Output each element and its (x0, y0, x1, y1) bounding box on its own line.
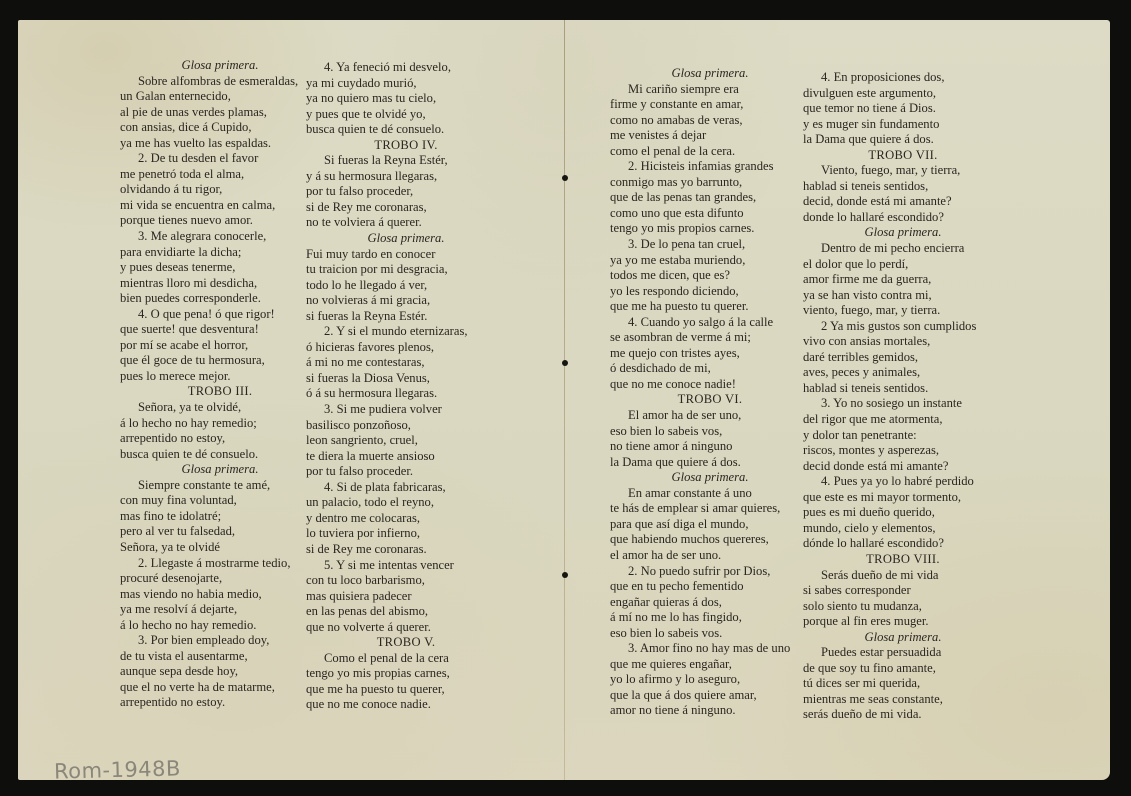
verse-line: riscos, montes y asperezas, (803, 443, 1003, 459)
verse-line: y á su hermosura llegaras, (306, 169, 506, 185)
verse-line: tú dices ser mi querida, (803, 676, 1003, 692)
trobo-heading: TROBO VI. (610, 392, 810, 408)
stitch-hole (562, 175, 568, 181)
glosa-heading: Glosa primera. (306, 231, 506, 247)
verse-line: y dentro me colocaras, (306, 511, 506, 527)
verse-line: la Dama que quiere á dos. (610, 455, 810, 471)
verse-line: mi vida se encuentra en calma, (120, 198, 320, 214)
verse-line: si fueras la Reyna Estér. (306, 309, 506, 325)
verse-line: la Dama que quiere á dos. (803, 132, 1003, 148)
verse-line: mientras lloro mi desdicha, (120, 276, 320, 292)
verse-line: Señora, ya te olvidé (120, 540, 320, 556)
verse-line: lo tuviera por infierno, (306, 526, 506, 542)
verse-line: ó á su hermosura llegaras. (306, 386, 506, 402)
verse-line: que suerte! que desventura! (120, 322, 320, 338)
verse-line: para envidiarte la dicha; (120, 245, 320, 261)
verse-line: el dolor que lo perdí, (803, 257, 1003, 273)
verse-line: á lo hecho no hay remedio; (120, 416, 320, 432)
stanza-first-line: Señora, ya te olvidé, (120, 400, 320, 416)
stitch-hole (562, 360, 568, 366)
trobo-heading: TROBO V. (306, 635, 506, 651)
verse-line: un Galan enternecido, (120, 89, 320, 105)
right-page-column-1: Glosa primera.Mi cariño siempre erafirme… (610, 66, 810, 719)
verse-line: que habiendo muchos quereres, (610, 532, 810, 548)
verse-line: ya mi cuydado murió, (306, 76, 506, 92)
verse-line: de que soy tu fino amante, (803, 661, 1003, 677)
trobo-heading: TROBO VIII. (803, 552, 1003, 568)
verse-line: ya se han visto contra mi, (803, 288, 1003, 304)
stanza-first-line: Viento, fuego, mar, y tierra, (803, 163, 1003, 179)
verse-line: ó hicieras favores plenos, (306, 340, 506, 356)
verse-line: busca quien te dé consuelo. (120, 447, 320, 463)
verse-line: aves, peces y animales, (803, 365, 1003, 381)
stanza-first-line: Mi cariño siempre era (610, 82, 810, 98)
verse-line: ya no quiero mas tu cielo, (306, 91, 506, 107)
verse-line: pues es mi dueño querido, (803, 505, 1003, 521)
verse-line: que me ha puesto tu querer, (306, 682, 506, 698)
verse-line: que el no verte ha de matarme, (120, 680, 320, 696)
verse-line: te diera la muerte ansioso (306, 449, 506, 465)
verse-line: si sabes corresponder (803, 583, 1003, 599)
verse-line: de tu vista el ausentarme, (120, 649, 320, 665)
verse-line: solo siento tu mudanza, (803, 599, 1003, 615)
verse-line: que me ha puesto tu querer. (610, 299, 810, 315)
stanza-first-line: 2. De tu desden el favor (120, 151, 320, 167)
stanza-first-line: 4. En proposiciones dos, (803, 70, 1003, 86)
verse-line: mas quisiera padecer (306, 589, 506, 605)
stanza-first-line: 2. Hicisteis infamias grandes (610, 159, 810, 175)
verse-line: no te volviera á querer. (306, 215, 506, 231)
verse-line: eso bien lo sabeis vos. (610, 626, 810, 642)
left-page-column-1: Glosa primera.Sobre alfombras de esmeral… (120, 58, 320, 711)
catalog-mark: Rom-1948B (54, 756, 181, 783)
stanza-first-line: 4. O que pena! ó que rigor! (120, 307, 320, 323)
glosa-heading: Glosa primera. (803, 225, 1003, 241)
verse-line: pero al ver tu falsedad, (120, 524, 320, 540)
stanza-first-line: En amar constante á uno (610, 486, 810, 502)
verse-line: con tu loco barbarismo, (306, 573, 506, 589)
verse-line: porque al fin eres muger. (803, 614, 1003, 630)
verse-line: mundo, cielo y elementos, (803, 521, 1003, 537)
verse-line: dónde lo hallaré escondido? (803, 536, 1003, 552)
verse-line: que este es mi mayor tormento, (803, 490, 1003, 506)
verse-line: si de Rey me coronaras. (306, 542, 506, 558)
verse-line: el amor ha de ser uno. (610, 548, 810, 564)
glosa-heading: Glosa primera. (120, 58, 320, 74)
verse-line: que temor no tiene á Dios. (803, 101, 1003, 117)
verse-line: engañar quieras á dos, (610, 595, 810, 611)
stanza-first-line: 5. Y si me intentas vencer (306, 558, 506, 574)
trobo-heading: TROBO IV. (306, 138, 506, 154)
verse-line: vivo con ansias mortales, (803, 334, 1003, 350)
glosa-heading: Glosa primera. (610, 470, 810, 486)
verse-line: como uno que esta difunto (610, 206, 810, 222)
verse-line: porque tienes nuevo amor. (120, 213, 320, 229)
verse-line: tengo yo mis propias carnes, (306, 666, 506, 682)
verse-line: á mí no me lo has fingido, (610, 610, 810, 626)
stanza-first-line: 3. Por bien empleado doy, (120, 633, 320, 649)
stanza-first-line: 4. Si de plata fabricaras, (306, 480, 506, 496)
verse-line: que me quieres engañar, (610, 657, 810, 673)
verse-line: firme y constante en amar, (610, 97, 810, 113)
stanza-first-line: Si fueras la Reyna Estér, (306, 153, 506, 169)
verse-line: como el penal de la cera. (610, 144, 810, 160)
verse-line: serás dueño de mi vida. (803, 707, 1003, 723)
verse-line: por mí se acabe el horror, (120, 338, 320, 354)
verse-line: que la que á dos quiere amar, (610, 688, 810, 704)
verse-line: ya yo me estaba muriendo, (610, 253, 810, 269)
verse-line: con ansias, dice á Cupido, (120, 120, 320, 136)
verse-line: bien puedes corresponderle. (120, 291, 320, 307)
stanza-first-line: 2 Ya mis gustos son cumplidos (803, 319, 1003, 335)
verse-line: daré terribles gemidos, (803, 350, 1003, 366)
verse-line: mas viendo no habia medio, (120, 587, 320, 603)
verse-line: mas fino te idolatré; (120, 509, 320, 525)
stanza-first-line: Serás dueño de mi vida (803, 568, 1003, 584)
verse-line: arrepentido no estoy, (120, 431, 320, 447)
glosa-heading: Glosa primera. (610, 66, 810, 82)
stanza-first-line: 3. Me alegrara conocerle, (120, 229, 320, 245)
verse-line: tengo yo mis propios carnes. (610, 221, 810, 237)
stanza-first-line: 3. De lo pena tan cruel, (610, 237, 810, 253)
verse-line: basilisco ponzoñoso, (306, 418, 506, 434)
glosa-heading: Glosa primera. (803, 630, 1003, 646)
verse-line: yo les respondo diciendo, (610, 284, 810, 300)
verse-line: para que así diga el mundo, (610, 517, 810, 533)
verse-line: que él goce de tu hermosura, (120, 353, 320, 369)
verse-line: Fui muy tardo en conocer (306, 247, 506, 263)
verse-line: yo lo afirmo y lo aseguro, (610, 672, 810, 688)
verse-line: en las penas del abismo, (306, 604, 506, 620)
verse-line: me quejo con tristes ayes, (610, 346, 810, 362)
stanza-first-line: 2. Llegaste á mostrarme tedio, (120, 556, 320, 572)
stanza-first-line: El amor ha de ser uno, (610, 408, 810, 424)
verse-line: un palacio, todo el reyno, (306, 495, 506, 511)
glosa-heading: Glosa primera. (120, 462, 320, 478)
verse-line: todo lo he llegado á ver, (306, 278, 506, 294)
stanza-first-line: Siempre constante te amé, (120, 478, 320, 494)
stanza-first-line: 4. Ya feneció mi desvelo, (306, 60, 506, 76)
stanza-first-line: 4. Cuando yo salgo á la calle (610, 315, 810, 331)
verse-line: leon sangriento, cruel, (306, 433, 506, 449)
verse-line: te hás de emplear si amar quieres, (610, 501, 810, 517)
verse-line: donde lo hallaré escondido? (803, 210, 1003, 226)
verse-line: que no volverte á querer. (306, 620, 506, 636)
stanza-first-line: 3. Si me pudiera volver (306, 402, 506, 418)
verse-line: decid, donde está mi amante? (803, 194, 1003, 210)
verse-line: como no amabas de veras, (610, 113, 810, 129)
stanza-first-line: 2. No puedo sufrir por Dios, (610, 564, 810, 580)
verse-line: aunque sepa desde hoy, (120, 664, 320, 680)
verse-line: á mi no me contestaras, (306, 355, 506, 371)
verse-line: y dolor tan penetrante: (803, 428, 1003, 444)
verse-line: olvidando á tu rigor, (120, 182, 320, 198)
verse-line: tu traicion por mi desgracia, (306, 262, 506, 278)
stanza-first-line: 2. Y si el mundo eternizaras, (306, 324, 506, 340)
verse-line: al pie de unas verdes plamas, (120, 105, 320, 121)
verse-line: si fueras la Diosa Venus, (306, 371, 506, 387)
stanza-first-line: 3. Yo no sosiego un instante (803, 396, 1003, 412)
verse-line: no tiene amor á ninguno (610, 439, 810, 455)
verse-line: y es muger sin fundamento (803, 117, 1003, 133)
stanza-first-line: 3. Amor fino no hay mas de uno (610, 641, 810, 657)
verse-line: que no me conoce nadie! (610, 377, 810, 393)
verse-line: busca quien te dé consuelo. (306, 122, 506, 138)
verse-line: del rigor que me atormenta, (803, 412, 1003, 428)
right-page-column-2: 4. En proposiciones dos,divulguen este a… (803, 70, 1003, 723)
verse-line: procuré desenojarte, (120, 571, 320, 587)
verse-line: viento, fuego, mar, y tierra. (803, 303, 1003, 319)
verse-line: ya me has vuelto las espaldas. (120, 136, 320, 152)
verse-line: eso bien lo sabeis vos, (610, 424, 810, 440)
verse-line: ya me resolví á dejarte, (120, 602, 320, 618)
verse-line: que de las penas tan grandes, (610, 190, 810, 206)
stitch-hole (562, 572, 568, 578)
verse-line: por tu falso proceder. (306, 464, 506, 480)
verse-line: me penetró toda el alma, (120, 167, 320, 183)
verse-line: que no me conoce nadie. (306, 697, 506, 713)
verse-line: por tu falso proceder, (306, 184, 506, 200)
stanza-first-line: Puedes estar persuadida (803, 645, 1003, 661)
verse-line: con muy fina voluntad, (120, 493, 320, 509)
center-fold (564, 20, 565, 780)
verse-line: divulguen este argumento, (803, 86, 1003, 102)
verse-line: decid donde está mi amante? (803, 459, 1003, 475)
stanza-first-line: Dentro de mi pecho encierra (803, 241, 1003, 257)
verse-line: conmigo mas yo barrunto, (610, 175, 810, 191)
verse-line: hablad si teneis sentidos, (803, 179, 1003, 195)
trobo-heading: TROBO VII. (803, 148, 1003, 164)
verse-line: se asombran de verme á mi; (610, 330, 810, 346)
verse-line: todos me dicen, que es? (610, 268, 810, 284)
verse-line: pues lo merece mejor. (120, 369, 320, 385)
trobo-heading: TROBO III. (120, 384, 320, 400)
verse-line: no volvieras á mi gracia, (306, 293, 506, 309)
verse-line: á lo hecho no hay remedio. (120, 618, 320, 634)
verse-line: y pues deseas tenerme, (120, 260, 320, 276)
verse-line: me venistes á dejar (610, 128, 810, 144)
verse-line: amor firme me da guerra, (803, 272, 1003, 288)
verse-line: ó desdichado de mi, (610, 361, 810, 377)
verse-line: amor no tiene á ninguno. (610, 703, 810, 719)
stanza-first-line: Como el penal de la cera (306, 651, 506, 667)
stanza-first-line: Sobre alfombras de esmeraldas, (120, 74, 320, 90)
verse-line: si de Rey me coronaras, (306, 200, 506, 216)
stanza-first-line: 4. Pues ya yo lo habré perdido (803, 474, 1003, 490)
verse-line: y pues que te olvidé yo, (306, 107, 506, 123)
verse-line: que en tu pecho fementido (610, 579, 810, 595)
verse-line: hablad si teneis sentidos. (803, 381, 1003, 397)
paper-sheet: Glosa primera.Sobre alfombras de esmeral… (18, 20, 1110, 780)
left-page-column-2: 4. Ya feneció mi desvelo,ya mi cuydado m… (306, 60, 506, 713)
verse-line: arrepentido no estoy. (120, 695, 320, 711)
verse-line: mientras me seas constante, (803, 692, 1003, 708)
